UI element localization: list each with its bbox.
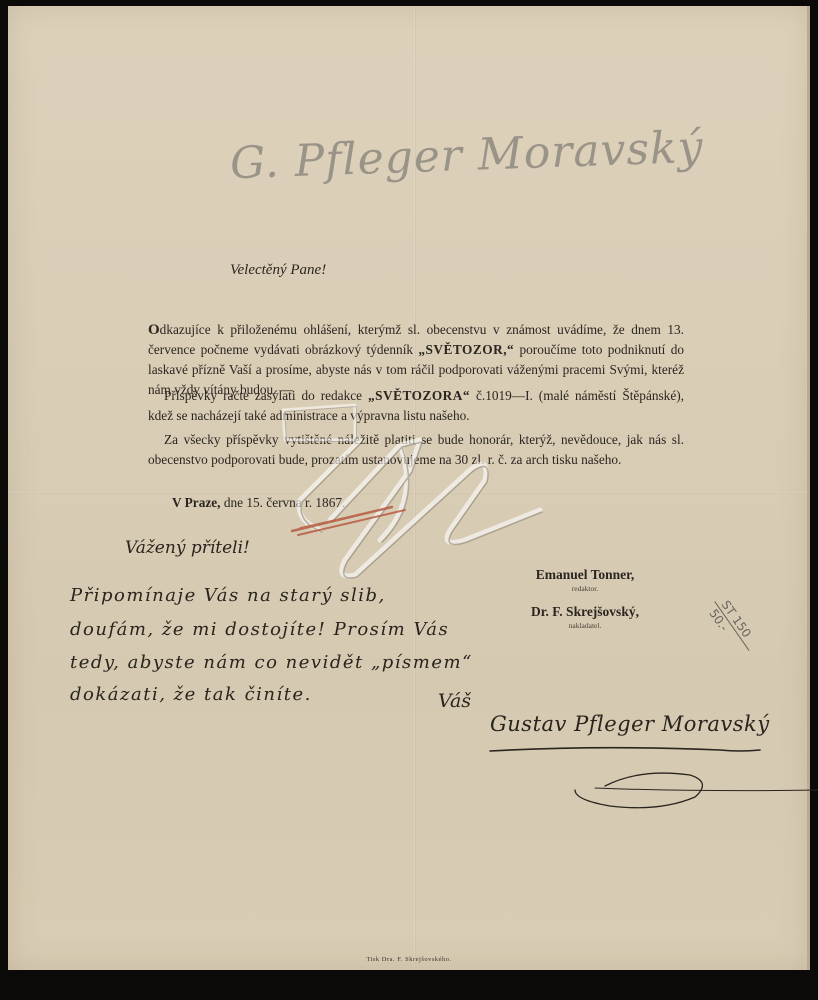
signatory-editor: Emanuel Tonner, redaktor.	[480, 567, 690, 593]
dateline-place: V Praze,	[172, 495, 221, 510]
paragraph-honorarium: Za všecky příspěvky vytištěné náležitě p…	[148, 430, 684, 470]
magazine-title: „SVĚTOZOR,“	[418, 342, 514, 357]
paper-edge	[807, 6, 810, 970]
handwritten-line: Připomínaje Vás na starý slib,	[70, 585, 386, 606]
magazine-title-genitive: „SVĚTOZORA“	[368, 388, 470, 403]
drop-cap: O	[148, 322, 160, 338]
dateline: V Praze, dne 15. června r. 1867.	[172, 495, 345, 511]
fold-line-horizontal	[8, 492, 810, 494]
handwritten-signature: Gustav Pfleger Moravský	[490, 712, 770, 736]
paragraph-submissions: Příspěvky račte zasýlati do redakce „SVĚ…	[148, 386, 684, 426]
dateline-date: dne 15. června r. 1867.	[224, 495, 345, 510]
signatory-name: Dr. F. Skrejšovský,	[480, 604, 690, 620]
handwritten-closing: Váš	[438, 690, 471, 712]
printer-imprint: Tisk Dra. F. Skrejšovského.	[0, 956, 818, 963]
handwritten-line: doufám, že mi dostojíte! Prosím Vás	[70, 619, 449, 640]
signatory-name: Emanuel Tonner,	[480, 567, 690, 583]
handwritten-salutation: Vážený příteli!	[125, 538, 250, 558]
signatory-role: redaktor.	[480, 584, 690, 593]
signatory-publisher: Dr. F. Skrejšovský, nakladatel.	[480, 604, 690, 630]
handwritten-line: tedy, abyste nám co nevidět „písmem“	[70, 652, 473, 673]
handwritten-line: dokázati, že tak činíte.	[70, 684, 312, 705]
printed-salutation: Velectěný Pane!	[230, 262, 326, 279]
signatory-role: nakladatel.	[480, 621, 690, 630]
